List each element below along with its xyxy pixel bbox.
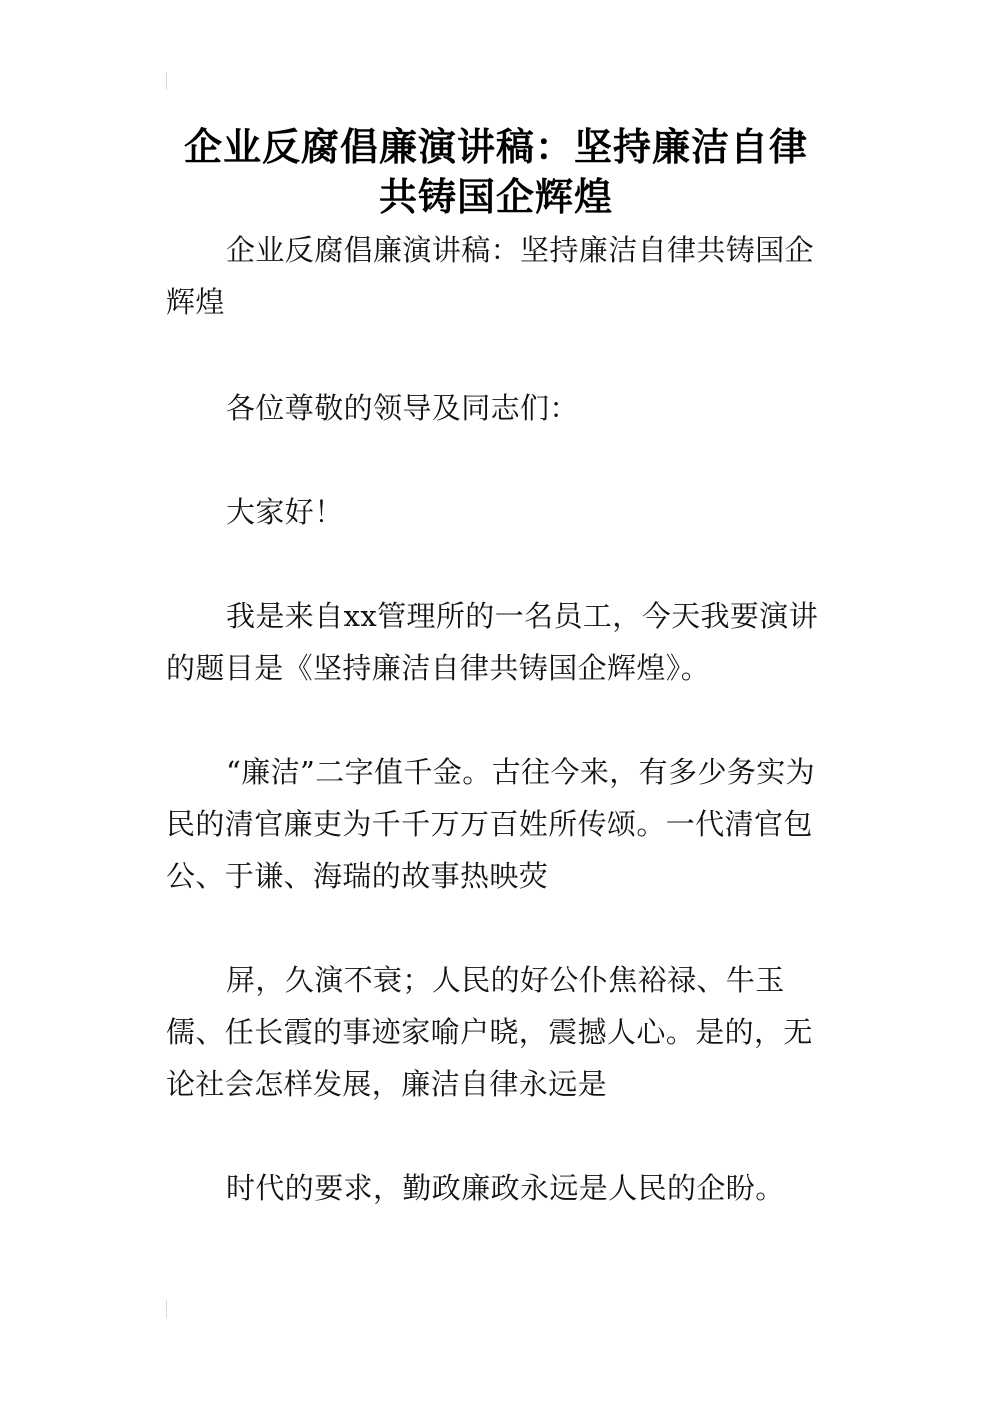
paragraph-integrity: “廉洁”二字值千金。古往今来，有多少务实为民的清官廉吏为千千万万百姓所传颂。一代… — [166, 746, 841, 902]
paragraph-hello: 大家好！ — [166, 486, 841, 538]
paragraph-conclusion: 时代的要求，勤政廉政永远是人民的企盼。 — [166, 1162, 841, 1214]
paragraph-subtitle: 企业反腐倡廉演讲稿：坚持廉洁自律共铸国企辉煌 — [166, 224, 841, 328]
page-corner-mark-top — [166, 72, 167, 90]
title-line-1: 企业反腐倡廉演讲稿：坚持廉洁自律 — [120, 122, 872, 172]
title-line-2: 共铸国企辉煌 — [120, 172, 872, 222]
document-title: 企业反腐倡廉演讲稿：坚持廉洁自律 共铸国企辉煌 — [120, 122, 872, 222]
paragraph-examples: 屏，久演不衰；人民的好公仆焦裕禄、牛玉儒、任长霞的事迹家喻户晓，震撼人心。是的，… — [166, 954, 841, 1110]
paragraph-intro: 我是来自xx管理所的一名员工，今天我要演讲的题目是《坚持廉洁自律共铸国企辉煌》。 — [166, 590, 841, 694]
paragraph-greeting: 各位尊敬的领导及同志们： — [166, 382, 841, 434]
page-corner-mark-bottom — [166, 1300, 167, 1318]
